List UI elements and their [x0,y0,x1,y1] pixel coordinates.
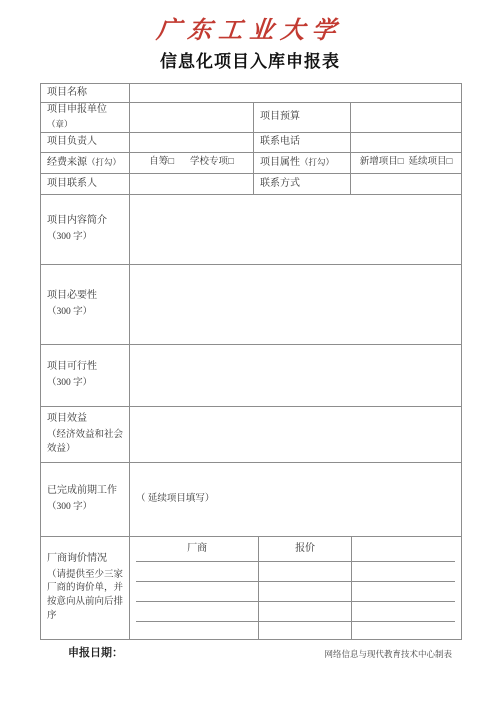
vendor-quote-cell [259,601,352,621]
vendor-row [136,621,455,639]
row-benefits: 项目效益 （经济效益和社会效益） [41,407,462,463]
feasibility-word-limit: （300 字） [47,377,123,391]
row-funding-attribute: 经费来源（打勾） 自筹□学校专项□ 项目属性（打勾） 新增项目□延续项目□ [41,153,462,174]
row-necessity: 项目必要性 （300 字） [41,265,462,345]
attribute-option-new-label: 新增项目 [360,157,398,167]
vendor-extra-cell [351,561,455,581]
content-intro-word-limit: （300 字） [47,231,123,245]
page-title: 信息化项目入库申报表 [0,47,500,72]
applicant-unit-label-suffix: （章） [47,119,73,129]
necessity-word-limit: （300 字） [47,306,123,320]
vendor-name-cell [136,621,259,639]
attribute-label: 项目属性（打勾） [254,153,351,174]
phone-label: 联系电话 [254,133,351,153]
vendor-extra-cell [351,601,455,621]
funding-source-label-suffix: （打勾） [87,157,121,167]
necessity-label: 项目必要性 （300 字） [41,265,130,345]
checkbox-icon[interactable]: □ [168,157,174,167]
quote-column-header: 报价 [259,537,352,561]
funding-source-label-text: 经费来源 [47,157,87,168]
attribute-options: 新增项目□延续项目□ [351,153,462,174]
checkbox-icon[interactable]: □ [398,157,404,167]
form-page: 广东工业大学 信息化项目入库申报表 项目名称 项目申报单位（章） 项目预算 项目… [0,0,500,707]
attribute-label-suffix: （打勾） [300,157,334,167]
row-completed-work: 已完成前期工作 （300 字） （ 延续项目填写） [41,463,462,537]
completed-work-label: 已完成前期工作 （300 字） [41,463,130,537]
vendor-name-cell [136,561,259,581]
row-contact: 项目联系人 联系方式 [41,174,462,195]
vendor-inquiry-instructions: （请提供至少三家厂商的询价单，并按意向从前向后排序 [47,569,123,624]
application-date-label: 申报日期： [68,644,123,660]
feasibility-label: 项目可行性 （300 字） [41,345,130,407]
vendor-table-cell: 厂商 报价 [130,537,462,640]
vendor-name-cell [136,601,259,621]
university-logo-text: 广东工业大学 [0,10,500,45]
vendor-extra-cell [351,621,455,639]
budget-label: 项目预算 [254,103,351,133]
funding-option-school-label: 学校专项 [190,157,228,167]
row-vendor-inquiry: 厂商询价情况 （请提供至少三家厂商的询价单，并按意向从前向后排序 厂商 报价 [41,537,462,640]
benefits-label-text: 项目效益 [47,412,123,427]
leader-label: 项目负责人 [41,133,130,153]
necessity-label-text: 项目必要性 [47,289,123,304]
checkbox-icon[interactable]: □ [447,157,453,167]
content-intro-label: 项目内容简介 （300 字） [41,195,130,265]
row-feasibility: 项目可行性 （300 字） [41,345,462,407]
vendor-quote-table: 厂商 报价 [136,537,455,639]
leader-value [130,133,254,153]
feasibility-label-text: 项目可行性 [47,360,123,375]
vendor-row [136,561,455,581]
vendor-extra-cell [351,581,455,601]
vendor-row [136,581,455,601]
vendor-inquiry-label: 厂商询价情况 （请提供至少三家厂商的询价单，并按意向从前向后排序 [41,537,130,640]
vendor-header-row: 厂商 报价 [136,537,455,561]
funding-source-options: 自筹□学校专项□ [130,153,254,174]
prepared-by-text: 网络信息与现代教育技术中心制表 [324,648,452,660]
attribute-option-continue-label: 延续项目 [409,157,447,167]
completed-work-word-limit: （300 字） [47,501,123,515]
vendor-inquiry-label-text: 厂商询价情况 [47,552,123,567]
row-content-intro: 项目内容简介 （300 字） [41,195,462,265]
row-applicant-budget: 项目申报单位（章） 项目预算 [41,103,462,133]
vendor-quote-cell [259,621,352,639]
feasibility-value [130,345,462,407]
necessity-value [130,265,462,345]
content-intro-value [130,195,462,265]
vendor-name-cell [136,581,259,601]
row-leader-phone: 项目负责人 联系电话 [41,133,462,153]
project-name-label: 项目名称 [41,84,130,103]
attribute-label-text: 项目属性 [260,157,300,168]
funding-option-self-label: 自筹 [149,157,168,167]
contact-method-value [351,174,462,195]
checkbox-icon[interactable]: □ [228,157,234,167]
contact-person-label: 项目联系人 [41,174,130,195]
funding-source-label: 经费来源（打勾） [41,153,130,174]
completed-work-note: （ 延续项目填写） [130,463,462,537]
benefits-value [130,407,462,463]
applicant-unit-value [130,103,254,133]
extra-column-header [351,537,455,561]
phone-value [351,133,462,153]
benefits-label: 项目效益 （经济效益和社会效益） [41,407,130,463]
applicant-unit-label: 项目申报单位（章） [41,103,130,133]
benefits-sub-text: （经济效益和社会效益） [47,429,123,457]
row-project-name: 项目名称 [41,84,462,103]
vendor-quote-cell [259,581,352,601]
vendor-quote-cell [259,561,352,581]
contact-method-label: 联系方式 [254,174,351,195]
project-name-value [130,84,462,103]
contact-person-value [130,174,254,195]
applicant-unit-label-text: 项目申报单位 [47,104,107,115]
completed-work-label-text: 已完成前期工作 [47,484,123,499]
vendor-row [136,601,455,621]
application-form-table: 项目名称 项目申报单位（章） 项目预算 项目负责人 联系电话 经费来源（打勾） … [40,83,462,640]
budget-value [351,103,462,133]
content-intro-label-text: 项目内容简介 [47,214,123,229]
vendor-column-header: 厂商 [136,537,259,561]
